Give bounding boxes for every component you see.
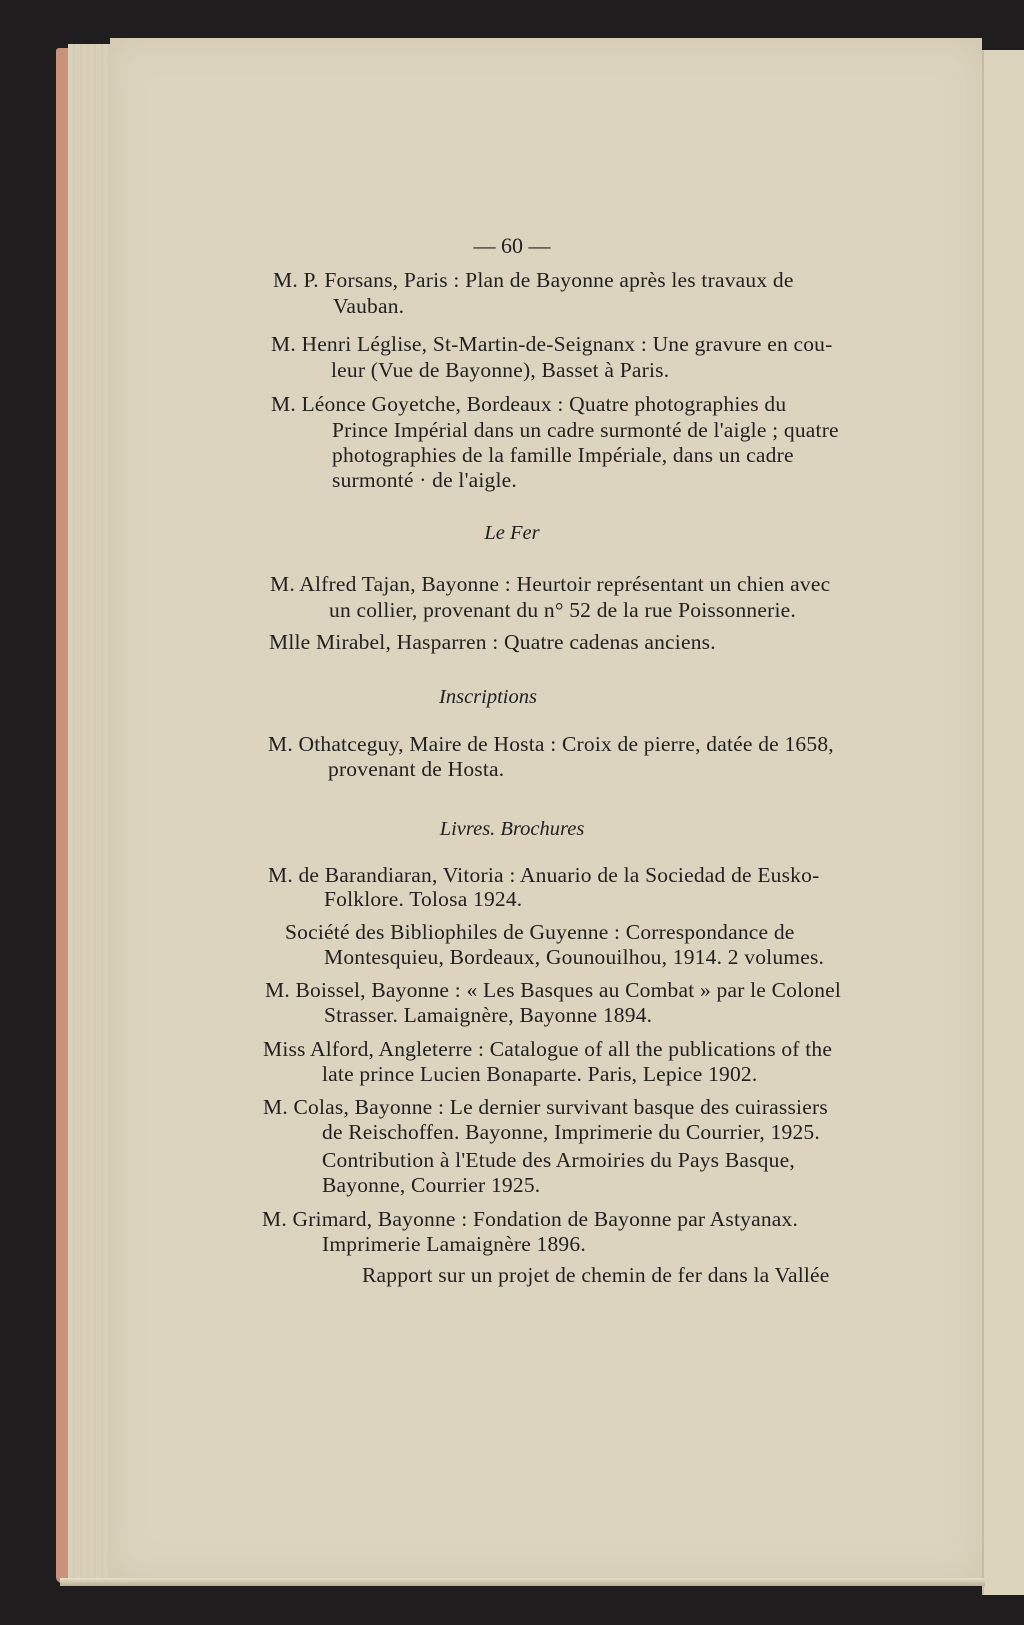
page-bottom-edge [60, 1578, 985, 1586]
page-stack-edges [68, 44, 112, 1580]
text-line: provenant de Hosta. [328, 757, 504, 782]
section-heading: Livres. Brochures [0, 818, 1024, 841]
text-line: M. Grimard, Bayonne : Fondation de Bayon… [262, 1207, 798, 1232]
text-line: Folklore. Tolosa 1924. [324, 887, 522, 912]
text-line: M. Boissel, Bayonne : « Les Basques au C… [265, 978, 841, 1003]
text-line: leur (Vue de Bayonne), Basset à Paris. [331, 358, 669, 383]
text-line: Rapport sur un projet de chemin de fer d… [362, 1263, 830, 1288]
text-line: un collier, provenant du n° 52 de la rue… [329, 598, 796, 623]
text-line: Bayonne, Courrier 1925. [322, 1173, 540, 1198]
text-line: M. Léonce Goyetche, Bordeaux : Quatre ph… [271, 392, 786, 417]
text-line: M. Henri Léglise, St-Martin-de-Seignanx … [271, 332, 832, 357]
text-line: surmonté · de l'aigle. [332, 468, 517, 493]
text-line: Vauban. [333, 294, 404, 319]
text-line: M. Colas, Bayonne : Le dernier survivant… [263, 1095, 828, 1120]
section-heading: Inscriptions [0, 686, 1024, 709]
text-line: Prince Impérial dans un cadre surmonté d… [332, 418, 839, 443]
section-heading: Le Fer [0, 522, 1024, 545]
text-line: Société des Bibliophiles de Guyenne : Co… [285, 920, 795, 945]
text-line: late prince Lucien Bonaparte. Paris, Lep… [322, 1062, 757, 1087]
text-line: M. Othatceguy, Maire de Hosta : Croix de… [268, 732, 834, 757]
text-line: M. de Barandiaran, Vitoria : Anuario de … [268, 863, 819, 888]
text-line: M. P. Forsans, Paris : Plan de Bayonne a… [273, 268, 794, 293]
text-line: photographies de la famille Impériale, d… [332, 443, 794, 468]
text-line: Strasser. Lamaignère, Bayonne 1894. [324, 1003, 652, 1028]
text-line: M. Alfred Tajan, Bayonne : Heurtoir repr… [270, 572, 830, 597]
text-line: Contribution à l'Etude des Armoiries du … [322, 1148, 795, 1173]
text-line: Miss Alford, Angleterre : Catalogue of a… [263, 1037, 832, 1062]
text-line: Mlle Mirabel, Hasparren : Quatre cadenas… [269, 630, 716, 655]
text-line: Montesquieu, Bordeaux, Gounouilhou, 1914… [324, 945, 824, 970]
text-line: Imprimerie Lamaignère 1896. [322, 1232, 586, 1257]
page-number: — 60 — [0, 233, 1024, 259]
text-line: de Reischoffen. Bayonne, Imprimerie du C… [322, 1120, 820, 1145]
